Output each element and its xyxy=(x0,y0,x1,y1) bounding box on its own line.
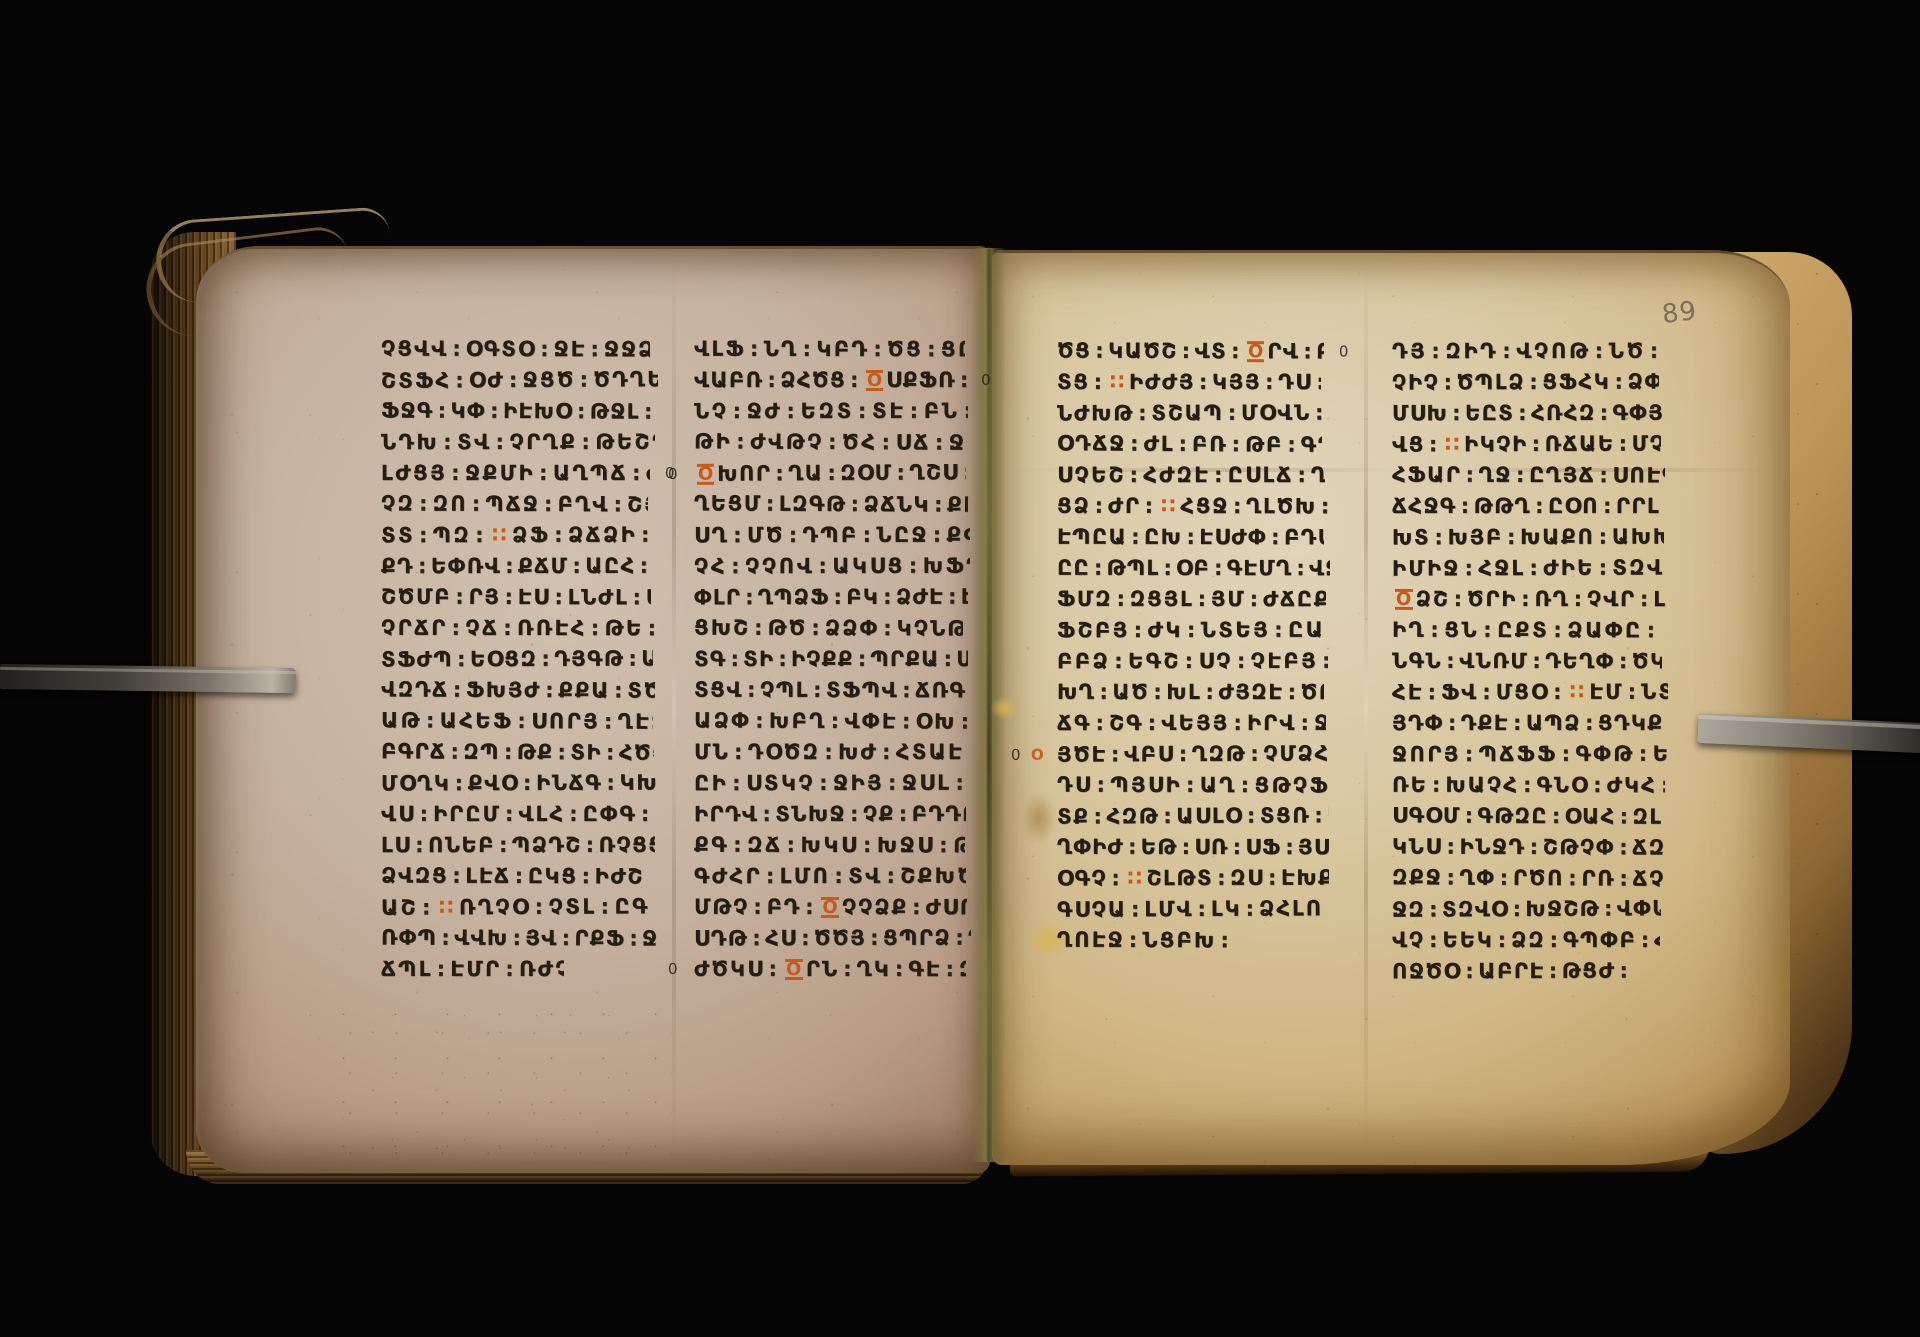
glyph-run: ԶՌ xyxy=(959,958,966,981)
glyph-run: ԶՈ xyxy=(433,492,468,515)
word-separator: : xyxy=(939,834,950,858)
glyph-run: ԲԴ xyxy=(767,896,802,919)
word-separator: : xyxy=(934,493,944,517)
glyph-run: ՎՓԷ xyxy=(844,709,898,733)
glyph-run: ԽԺ xyxy=(838,741,878,764)
word-separator: : xyxy=(1640,588,1650,611)
glyph-run: ԾՑ xyxy=(1057,340,1091,363)
word-separator: : xyxy=(1553,681,1564,704)
glyph-run: ԱՁՓ xyxy=(694,709,751,732)
word-separator: : xyxy=(1619,432,1629,455)
word-separator: : xyxy=(1111,742,1121,766)
manuscript-text-line: ՅԴՓ:ԴՔԷ:ԱՊՁ:ՑԴԿՔ:ՁԱՄ:ԲԸԼ:ՇՖԲ:ԼՌՍԵ:ԾՂԴ: xyxy=(1392,712,1663,734)
word-separator: : xyxy=(888,772,899,795)
glyph-run: ԻՐԸՄ xyxy=(433,803,501,826)
word-separator: : xyxy=(850,492,860,516)
word-separator: : xyxy=(1568,866,1578,890)
manuscript-text-line: ՄՍԽ:ԵԸՏ:ՀՌՀԶ:ԳՓՅՌ:ԶԼ:ԲԳՇ:ՇՏՃՌ:ՓՄԿ:ԶԽ: xyxy=(1392,402,1665,425)
manuscript-text-line: ԲԳՐՃ:ԶՊ:ԹՔ:ՏԻ:ՀԾՑ:ՖՁՀ:ԲԻ:ԶԹԴԶ:ՏԱ: xyxy=(381,740,654,764)
word-separator: : xyxy=(801,927,811,951)
glyph-run: ՕԳՉ xyxy=(1057,867,1107,891)
glyph-run: ՌՉՑՑ xyxy=(599,834,656,857)
manuscript-text-line: ՑՁ:ԺՐ:∷ՀՑՋ:ՂԼԾԽ:ՎՁԷ:ՅԼ:ԷՈ:ՌԲԴՑ:ՄՄՏ: xyxy=(1057,495,1329,518)
manuscript-text-line: ՋԶ:ՏԶՎՕ:ԽՋՇԹ:ՎՓԱՕ:ՔՔՆ:ԽՎՂՍ:ՂՇԷ:ՇԻՂՄ:ՂԵ: xyxy=(1392,897,1661,921)
glyph-run: ԱՍԼՕ xyxy=(1176,804,1243,828)
word-separator: : xyxy=(873,338,884,361)
glyph-run: ԽՈՐ xyxy=(717,461,771,485)
glyph-run: ԹԻ xyxy=(694,430,732,453)
word-separator: : xyxy=(1217,867,1227,890)
glyph-line-fill: ՇՏՖՀ:ՕԺ:ՋՑԾ:ԾԴՂԵ:ՌՔ:ԺԼՔԳ:ՃԳԺԷ:ՉՐՏ:ՅՇ: xyxy=(381,368,658,393)
text-column-4: ԴՅ:ԶԻԴ:ՎՉՈԹ:ՆԾ:ԱՔԿ:ԻՖԴՄ:ՄԹ:ՂԹ:ՃԳԲԺ:ՉԻՉ:Ծ… xyxy=(1392,340,1668,1006)
word-separator: : xyxy=(419,492,430,515)
manuscript-text-line: ՏՏ:ՊԶ:∷ՁՖ:ՁՃՁԻ:ՔԷ:ՋՍ:ԸԸ:ԻՎ:ԸՓԷ: xyxy=(381,524,648,547)
glyph-line-fill: ՕՁՇ:ԾՐԻ:ՌՂ:ՉՎՐ:ԼԿՎ:ԹԶ:ԱՅ:ԵՇ:ՁԺՈ: xyxy=(1392,588,1668,611)
word-separator: : xyxy=(1518,402,1528,425)
glyph-run: ՏՎ xyxy=(848,865,882,888)
manuscript-text-line: ՏՔ:ՀԶԹ:ԱՍԼՕ:ՏՑՌ:ԵՀՃԹ:ԾՀՂ:ՓՏ:ՄԻՏ:ՉՋԻ: xyxy=(1057,804,1329,827)
word-separator: : xyxy=(824,741,835,764)
glyph-run: ԱԸՀ xyxy=(585,555,635,578)
manuscript-text-line: ՉՀ:ՉՉՈՎ:ԱԿՍՑ:ԽՖԴՕ:ՎՊԱՏ:ԹԶՇԼ:ՁՕՍ:ՌՁՕՖ:ՔԺԸ… xyxy=(694,555,970,578)
manuscript-text-line: ՁՎԶՑ:ԼԷՃ:ԸԿՑ:ԻԺՇ:ՐՏ:ԺԶՏ:ՇԼԺ:ՎԼ:ԸՑ: xyxy=(381,864,649,887)
word-separator: : xyxy=(1448,712,1458,735)
manuscript-text-line: ԴՍ:ՊՅՍԻ:ԱՂ:ՑԹՉՖ:ԲԿ:ԹԼ:ՂՕ:ՖԲ:ՇՃԲ: xyxy=(1057,774,1330,797)
word-separator: : xyxy=(828,430,839,454)
glyph-run: ՌԵ xyxy=(1392,774,1428,797)
glyph-run: ԸՍԼՃ xyxy=(1228,464,1294,487)
glyph-run: ԽՅԲ xyxy=(1448,526,1503,550)
word-separator: : xyxy=(1595,340,1606,363)
word-separator: : xyxy=(505,803,516,826)
word-separator: : xyxy=(899,803,909,826)
glyph-run: ԱՀԵՖ xyxy=(440,709,514,733)
glyph-line-fill: ԲԳՐՃ:ԶՊ:ԹՔ:ՏԻ:ՀԾՑ:ՖՁՀ:ԲԻ:ԶԹԴԶ:ՏԱ: xyxy=(381,740,654,765)
word-separator: : xyxy=(648,617,657,640)
word-separator: : xyxy=(1138,402,1148,425)
glyph-run: ՅԴՓ xyxy=(1392,712,1444,735)
word-separator: : xyxy=(1574,588,1584,611)
word-separator: : xyxy=(419,524,430,548)
word-separator: : xyxy=(1093,804,1103,828)
glyph-run: ԴՊԲ xyxy=(802,524,858,547)
glyph-run: ՋԻՅ xyxy=(833,772,884,795)
manuscript-text-line: ՎՑ:∷ԻԿՉԻ:ՌՃԱԵ:ՄՉԲ:ԴՉ:ՔՊԾՍ:ՈԵ:ԱՎ:ԼԿԼՖ: xyxy=(1392,432,1661,455)
word-separator: : xyxy=(544,492,555,516)
glyph-line-fill: ԸԸ:ԹՊԼ:ՕԲ:ԳԷՄՂ:ՎՋՑԻ:ԴՂԷԾ:ՊԹ:ԵՊԵԺ:ՄՓՀՔ: xyxy=(1057,557,1330,580)
word-separator: : xyxy=(1562,743,1573,766)
word-separator: : xyxy=(1220,929,1227,953)
glyph-run: ՕԳՏՕ xyxy=(466,338,536,361)
word-separator: : xyxy=(1287,433,1298,457)
glyph-line-fill: ՀԷ:ՖՎ:ՄՑՕ:∷ԷՄ:ՆՏ:ՇՋՏՌ:ԴՓՑՄ:ՎՈ:ՏՖՔՆ: xyxy=(1392,681,1668,705)
glyph-run: ԲՆ xyxy=(924,400,960,423)
glyph-run: ՑԴԿՔ xyxy=(1598,712,1663,735)
glyph-run: ՑՁ xyxy=(1057,495,1091,518)
manuscript-text-line: ԴՅ:ԶԻԴ:ՎՉՈԹ:ՆԾ:ԱՔԿ:ԻՖԴՄ:ՄԹ:ՂԹ:ՃԳԲԺ: xyxy=(1392,340,1662,362)
glyph-run: ՔԴ xyxy=(381,555,414,578)
red-section-cross: ∷ xyxy=(1570,681,1587,704)
glyph-run: ՁԶ xyxy=(1511,929,1546,952)
manuscript-text-line: ՉԻՉ:ԾՊԼՁ:ՑՖՀԿ:ՁՓԲ:∷ՆԲՆ:ԲՑ:ՋՊ:ՏՅՀՊ:ՕՑՅ: xyxy=(1392,370,1659,393)
glyph-run: ԻՆՃԳ xyxy=(536,772,602,795)
glyph-line-fill: ԾՑ:ԿԱԾՇ:ՎՏ:ՕՐՎ:ԲԽ:ԶԵԶ:ԶՁԻԲ:ՆՓ:ՎՓՋՎ: xyxy=(1057,340,1324,364)
manuscript-text-line: ԸԸ:ԹՊԼ:ՕԲ:ԳԷՄՂ:ՎՋՑԻ:ԴՂԷԾ:ՊԹ:ԵՊԵԺ:ՄՓՀՔ: xyxy=(1057,557,1330,579)
glyph-run: ՁՓԲ xyxy=(1627,370,1659,393)
glyph-run: ԹԵՇՉ xyxy=(595,431,655,454)
word-separator: : xyxy=(883,586,893,609)
glyph-run: ԻԺԺՅ xyxy=(1129,371,1195,394)
manuscript-text-line: ՆՉ:ՋԺ:ԵԶՏ:ՏԷ:ԲՆ:ԺԶՁ:ՔԸ:ԸՔՖ:ԺԵԾՅ: xyxy=(694,400,968,422)
red-section-cross: ∷ xyxy=(492,524,509,547)
word-separator: : xyxy=(581,431,592,454)
glyph-run: ԶՊ xyxy=(463,740,500,764)
glyph-run: ՉՔ xyxy=(863,803,895,826)
glyph-line-fill: ՃՀՋԳ:ԹԹՂ:ԸՕՈ:ՐՐԼ:ՌՏՓ:ՃՏԴ:ՀՌՈ:ԸՓՋՊ:ԼՌ: xyxy=(1392,495,1662,518)
word-separator: : xyxy=(863,524,874,547)
word-separator: : xyxy=(1095,495,1105,518)
glyph-run: ՉՐՂՔ xyxy=(509,431,577,454)
word-separator: : xyxy=(600,895,611,918)
manuscript-text-line: ԽՏ:ԽՅԲ:ԽԱՔՈ:ԱԽԽԽ:ԻՖ:ՎԲ:ՕՌԵ:ՋՎ:ԳԼ: xyxy=(1392,526,1664,549)
glyph-line-fill: ՌՓՊ:ՎՎԽ:ՅՎ:ՐՔՖ:ՋԸՄ:ԿԵՀ:ՐԺԾՇ:ՅՇՑԺ:ԳՇՈԻ: xyxy=(381,926,659,950)
weight-strip-left xyxy=(0,664,296,693)
glyph-run: ՋՔՄԻ xyxy=(465,462,535,485)
glyph-line-fill: ԻՐԴՎ:ՏՆԽՋ:ՉՔ:ԲԴԴՌ:ՇԻԶ:ՆԸԺ:ԿՖԶ:ԴՇ:ՈԾ: xyxy=(694,803,966,826)
glyph-run: ՋԸՄ xyxy=(642,926,658,950)
manuscript-text-line: ԹԻ:ԺՎԹՉ:ԾՀ:ՍՃ:ՋՐ:ՑԿԻ:ՁԺԵՋ:ՑԹ:ՃՏ: xyxy=(694,430,963,453)
manuscript-text-line: ԱՇ:∷ՌՂՉՕ:ՉՏԼ:ԸԳԻ:ԸԿ:ՁԷՄՓ:ՁՑԽԴ:ԸՕ:ՐՀԻՇ: xyxy=(381,895,650,918)
glyph-run: ՐՔՖ xyxy=(574,926,625,950)
glyph-run: ԸՓԳ xyxy=(583,803,637,826)
word-separator: : xyxy=(496,431,507,454)
glyph-run: ՋՑԾ xyxy=(523,368,576,392)
word-separator: : xyxy=(644,400,654,424)
word-separator: : xyxy=(730,648,740,671)
word-separator: : xyxy=(545,678,555,702)
glyph-run: ԲՌ xyxy=(1192,432,1228,456)
word-separator: : xyxy=(614,678,624,702)
word-separator: : xyxy=(1429,898,1439,922)
glyph-run: ՍՉԵՇ xyxy=(1057,464,1126,487)
glyph-run: ՇԼԹՏ xyxy=(1147,867,1214,891)
word-separator: : xyxy=(1429,432,1439,456)
manuscript-text-line: ՎԶԴՃ:ՖԽՅԺ:ՔՔԱ:ՏԾԳՂ:ՇԱԷԽ:ՅՌ:ՊՆՎՎ:ՊՋՎ:ՂՏ: xyxy=(381,678,655,701)
word-separator: : xyxy=(426,709,437,732)
glyph-run: ԿՆՍ xyxy=(1392,835,1443,858)
word-separator: : xyxy=(1428,681,1439,705)
word-separator: : xyxy=(606,772,616,795)
glyph-line-fill: ՉԻՉ:ԾՊԼՁ:ՑՖՀԿ:ՁՓԲ:∷ՆԲՆ:ԲՑ:ՋՊ:ՏՅՀՊ:ՕՑՅ: xyxy=(1392,370,1659,394)
word-separator: : xyxy=(778,648,788,671)
glyph-run: ԺՃԸՔ xyxy=(1263,588,1326,611)
word-separator: : xyxy=(1647,619,1658,643)
glyph-run: ՏՑՎ xyxy=(694,679,743,702)
word-separator: : xyxy=(640,555,650,578)
word-separator: : xyxy=(1513,712,1523,735)
glyph-line-fill: ՋՈՐՅ:ՊՃՖՖ:ԳՓԹ:ԵԼՕԻ:ՔՂՔ:ՄԱԷ:ԻՆՅ:ԷԷԲԳ:ՋՍՅՑ… xyxy=(1392,743,1667,767)
glyph-run: ՄԹՉ xyxy=(694,896,749,919)
word-separator: : xyxy=(1593,774,1604,797)
word-separator: : xyxy=(1500,866,1510,890)
glyph-run: ԺԻԵ xyxy=(1543,556,1595,580)
word-separator: : xyxy=(1163,804,1173,828)
glyph-run: ՃՀՋԳ xyxy=(1392,495,1457,518)
manuscript-text-line: ԿՆՍ:ԻՆՋԴ:ՇԹՉՓ:ՃԶՄՂ:ՇԴՉԵ:ԾՖԴ:ՅԶՁ:ՁՁ:ՎՑՈՕ: xyxy=(1392,835,1665,858)
glyph-run: ՐԾՈ xyxy=(1513,866,1564,890)
glyph-line-fill: ԷՊԸԱ:ԸԽ:ԷՍԺՓ:ԲԴԱՈ:ԾՋ:ԻՃԸՏ:ԲԽ:ՏՆ:ՔՓՅԱ: xyxy=(1057,526,1324,550)
word-separator: : xyxy=(1521,588,1531,611)
word-separator: : xyxy=(1516,464,1526,487)
glyph-run: ԳՓՅՌ xyxy=(1612,402,1664,425)
glyph-run: ՏՔ xyxy=(1057,805,1090,829)
glyph-run: ԸԱԺԲ xyxy=(1288,619,1321,642)
word-separator: : xyxy=(1431,340,1442,363)
glyph-run: ՎՆՌՄ xyxy=(1459,650,1528,673)
glyph-run: ԵՕՑԶ xyxy=(470,648,537,672)
glyph-run: ԸԽ xyxy=(1144,526,1182,549)
glyph-run: ԱՂ xyxy=(1200,774,1237,798)
glyph-run: ՎԼՖ xyxy=(694,338,746,361)
glyph-run: ՅԾԷ xyxy=(1057,742,1107,766)
glyph-run: ԳՍՉԱ xyxy=(1057,897,1127,921)
glyph-line-fill: ՄՆ:ԴՕԾԶ:ԽԺ:ՀՏԱԷ:ԵՕԾՁ:ԹՔԸՁ:ՑՆՁ:ՁՋ:ԲՋ: xyxy=(694,741,963,764)
glyph-line-fill: ՏՑՎ:ՉՊԼ:ՏՖՊՎ:ՃՌԳ:∷ՖՉ:ՃՅ:ՄՑԸԾ:ՉՓԺ:ՃՌՔԽ: xyxy=(694,679,967,703)
manuscript-text-line: ՃԳ:ՇԳ:ՎԵՅՅ:ԻՐՎ:ՋՊՊ:ՖՅՔ:ԹԳ:ՅԻՅ:ԼՏՐԸ: xyxy=(1057,712,1326,734)
glyph-line-fill: ՑՁ:ԺՐ:∷ՀՑՋ:ՂԼԾԽ:ՎՁԷ:ՅԼ:ԷՈ:ՌԲԴՑ:ՄՄՏ: xyxy=(1057,495,1329,519)
glyph-line-fill: ԳՍՉԱ:ԼՄՎ:ԼԿ:ՁՀԼՈ:ՋԲ:ԴԼ:ԿԼ:ԶԽ:ԳԼԱ: xyxy=(1057,897,1324,921)
glyph-run: ՋԺ xyxy=(747,400,783,423)
glyph-line-fill: ՏՔ:ՀԶԹ:ԱՍԼՕ:ՏՑՌ:ԵՀՃԹ:ԾՀՂ:ՓՏ:ՄԻՏ:ՉՋԻ: xyxy=(1057,804,1329,828)
word-separator: : xyxy=(632,586,642,610)
word-separator: : xyxy=(1128,836,1138,859)
glyph-run: ՃՌԳ xyxy=(915,679,966,703)
glyph-run: ՄՉԲ xyxy=(1632,432,1662,455)
glyph-run: ՑԸԸՋ xyxy=(941,338,966,362)
glyph-run: ԵԹ xyxy=(1141,836,1178,859)
glyph-run: ԷՄ xyxy=(1589,681,1623,704)
manuscript-text-line: ԻՂ:ՑՆ:ԸՔՏ:ՁԱՓԸ:ՅԺ:ՄԷԶՖ:ՏԹՎՇ:ԽՎԽՂ:ԾԾՉ: xyxy=(1392,619,1658,642)
word-separator: : xyxy=(1231,340,1241,364)
glyph-line-fill: ՄՕՂԿ:ՔՎՕ:ԻՆՃԳ:ԿԽ:ՔՌԼՕ:ՄՀ:ՌԲՈ:ՆՔՔ:ԷՈ: xyxy=(381,772,658,796)
word-separator: : xyxy=(572,555,582,578)
glyph-run: ԾԾՅ xyxy=(814,927,866,950)
red-numeral-mark: Օ xyxy=(821,897,839,918)
manuscript-text-line: ՉՑՎՎ:ՕԳՏՕ:ՋԷ:ՋՋՁ:ՇՋ:ՕՂԹՊ:ԸՕ:ՌԴՏ:ՈՃՐԻ: xyxy=(381,338,650,361)
glyph-line-fill: ՆԺԽԹ:ՏՇԱՊ:ՄՕՎՆ:ԼՅԱ:ՍԹ:ԳԵՈՐ:ԷԿՋՕ:ՀՎԷ:ՂՏՇ: xyxy=(1057,402,1326,426)
word-separator: : xyxy=(1186,774,1197,797)
word-separator: : xyxy=(1314,804,1324,827)
word-separator: : xyxy=(580,368,591,391)
glyph-run: ՍՈԷԳ xyxy=(1612,464,1664,488)
word-separator: : xyxy=(910,400,921,423)
glyph-run: ԳԺՀՐ xyxy=(694,865,762,888)
glyph-run: ԳՓԹ xyxy=(1575,743,1634,766)
glyph-run: ԽԼ xyxy=(1166,681,1201,704)
glyph-run: ԻՉՔՔ xyxy=(791,648,854,671)
glyph-run: ՍՔՖՌ xyxy=(886,369,956,392)
glyph-run: ԳՊՓԲ xyxy=(1563,929,1637,952)
glyph-run: ԱԲՐԷ xyxy=(1478,960,1545,984)
glyph-run: ՎՉ xyxy=(1392,929,1425,952)
word-separator: : xyxy=(1241,774,1252,798)
manuscript-text-line: ՈՋԾՕ:ԱԲՐԷ:ԹՑԺ:∷ԹՓԹԲ:ԴՆ:ՄՁԳՊ:ՉԱՈ:ԸԸ:ՄՏ: xyxy=(1392,960,1629,983)
glyph-line-fill: ՂՈԷՋ:ՆՑԲԽ:∷=∷ՆՌ:ՃԸԻՓ:ՍԷՎ:ՂԲ:ԿՉՆ:ՍԳՃՀ:ՔՃԳ… xyxy=(1057,929,1227,953)
glyph-run: ՕԲ xyxy=(1176,557,1210,580)
glyph-run: ՌՃԱԵ xyxy=(1545,432,1615,455)
glyph-run: ԺԿ xyxy=(1148,619,1183,642)
glyph-run: ԸԳԻ xyxy=(614,895,650,918)
glyph-run: ՑԽՇ xyxy=(694,617,750,640)
glyph-run: ԸՔՏ xyxy=(1497,619,1549,642)
glyph-run: ՌԺՉ xyxy=(519,958,565,981)
word-separator: : xyxy=(1111,867,1121,891)
word-separator: : xyxy=(1268,867,1278,890)
glyph-run: ԶՃ xyxy=(747,834,782,857)
glyph-run: ՋՊՊ xyxy=(1314,712,1326,735)
manuscript-text-line: ՎԱԲՌ:ՁՀԾՑ:ՕՍՔՖՌ:ԻՌՎՔ:ՀՅ:ԽԹՃՖ:ԾԾԳ:ԸՍԲ:ԼԴԲ… xyxy=(694,369,967,391)
glyph-line-fill: ՉՀ:ՉՉՈՎ:ԱԿՍՑ:ԽՖԴՕ:ՎՊԱՏ:ԹԶՇԼ:ՁՕՍ:ՌՁՕՖ:ՔԺԸ… xyxy=(694,555,970,579)
glyph-run: ԽՋՇԹ xyxy=(1525,897,1600,921)
word-separator: : xyxy=(499,834,509,857)
red-section-cross: ∷ xyxy=(1161,495,1177,518)
red-section-cross: ∷ xyxy=(439,895,456,919)
word-separator: : xyxy=(1535,495,1545,518)
glyph-run: ՍՃ xyxy=(895,430,930,454)
manuscript-text-line: ՏՖԺՊ:ԵՕՑԶ:ԴՅԳԹ:ԱՋ:∷=∷ԾՏ:ՂՖ:ՌՋԸ:ԵԴՁՉ:ՄԴԶՎ… xyxy=(381,648,653,671)
word-separator: : xyxy=(1296,557,1306,580)
glyph-run: ՖԽՅԺ xyxy=(466,678,541,702)
glyph-run: ՇՔԽԾ xyxy=(900,865,965,888)
glyph-run: ԶԻԴ xyxy=(1445,340,1498,363)
glyph-run: ՇԹՉՓ xyxy=(1543,835,1615,859)
word-separator: : xyxy=(1246,897,1257,920)
glyph-run: ԷՄՐ xyxy=(450,958,501,981)
word-separator: : xyxy=(1530,835,1540,859)
glyph-run: ՐՎ xyxy=(1267,340,1299,364)
glyph-line-fill: ԼՍ:ՈՆԵԲ:ՊՁԴՇ:ՌՉՑՑ:ԷՁՉ:ՓՇՉ:ՊՂԳԷ:ՋԼՂ:ՆՂ: xyxy=(381,834,655,857)
glyph-run: ԾԴՂԵ xyxy=(593,368,658,391)
glyph-run: ՀՑՋ xyxy=(1180,495,1229,518)
glyph-run: ՊՃՖՖ xyxy=(1479,743,1558,766)
word-separator: : xyxy=(632,462,643,485)
glyph-run: ԻՂ xyxy=(1392,619,1426,642)
glyph-run: ՂՈԷՋ xyxy=(1057,929,1125,952)
red-section-cross: ∷ xyxy=(1127,867,1143,891)
word-separator: : xyxy=(863,834,874,857)
glyph-line-fill: ՁՎԶՑ:ԼԷՃ:ԸԿՑ:ԻԺՇ:ՐՏ:ԺԶՏ:ՇԼԺ:ՎԼ:ԸՑ: xyxy=(381,864,649,888)
glyph-line-fill: ՆԳՆ:ՎՆՌՄ:ԴԵՂՓ:ԾԿՋՋ:ԻՍՄՏ:ՀԽ:ՀՇԵ:ԿԲՁԻ:ԾՓՊԿ… xyxy=(1392,650,1663,673)
manuscript-text-line: ԼԺՑՅ:ՋՔՄԻ:ԱՂՊՃ:ԺԹՑԶ:ԽՎՃՃ:ՈՆՎ:ՑԸ:ԷՎՃ:ԵՏՇՁ… xyxy=(381,462,650,484)
glyph-run: ԱՊՁ xyxy=(1526,712,1581,735)
word-separator: : xyxy=(1661,774,1665,798)
margin-zero-mark: 0 xyxy=(981,371,991,389)
glyph-run: ՁՀԾՑ xyxy=(780,369,846,392)
glyph-run: ՎՉՈԹ xyxy=(1516,340,1590,363)
word-separator: : xyxy=(1650,340,1661,363)
glyph-run: ԵՀՃԹ xyxy=(1327,804,1329,827)
margin-zero-mark: 0 xyxy=(668,465,678,483)
word-separator: : xyxy=(1550,929,1560,952)
manuscript-text-line: ՕԽՈՐ:ՂԱ:ԶՕՄ:ՂՇՍ:ԱՀ:ՐԳ:ՏՈՂՂ:ՅԺ:ԽՈ:0 xyxy=(694,461,966,485)
glyph-run: ԳՆՕ xyxy=(1536,774,1589,797)
glyph-run: ՂԶԹ xyxy=(1192,742,1247,766)
glyph-run: ՖՋԳ xyxy=(381,399,434,422)
word-separator: : xyxy=(948,586,958,609)
manuscript-text-line: ՇՏՖՀ:ՕԺ:ՋՑԾ:ԾԴՂԵ:ՌՔ:ԺԼՔԳ:ՃԳԺԷ:ՉՐՏ:ՅՇ: xyxy=(381,368,658,392)
glyph-run: ԺՎԹՉ xyxy=(750,430,824,454)
glyph-run: ՌՂՉՕ xyxy=(459,895,531,919)
word-separator: : xyxy=(1129,929,1140,952)
word-separator: : xyxy=(1198,588,1208,611)
glyph-run: ՉՏԼ xyxy=(548,895,596,919)
word-separator: : xyxy=(818,555,829,578)
glyph-line-fill: ՏՑ:∷ԻԺԺՅ:ԿՅՅ:ԴՍ:ՔՌԲ:ՊՀ:ՈՅԲՓ:ՖԷՎ:ՄԵ: xyxy=(1057,371,1321,394)
word-separator: : xyxy=(902,679,912,703)
glyph-run: ԿԲԴ xyxy=(816,338,869,361)
glyph-run: ՐՆ xyxy=(806,958,839,981)
glyph-run: ԷՊԸԱ xyxy=(1057,526,1127,549)
glyph-run: ՆՏԵՅ xyxy=(1201,619,1270,642)
glyph-run: ԼԺՑՅ xyxy=(381,462,447,485)
word-separator: : xyxy=(960,369,967,392)
word-separator: : xyxy=(963,461,966,484)
glyph-run: ՉՃ xyxy=(465,617,499,640)
glyph-run: ԵԼՕԻ xyxy=(1653,743,1668,766)
word-separator: : xyxy=(833,586,843,609)
glyph-line-fill: ԻՂ:ՑՆ:ԸՔՏ:ՁԱՓԸ:ՅԺ:ՄԷԶՖ:ՏԹՎՇ:ԽՎԽՂ:ԾԾՉ: xyxy=(1392,619,1658,643)
glyph-run: ԻԿՉԻ xyxy=(1464,432,1528,456)
word-separator: : xyxy=(787,834,798,857)
glyph-run: ԽՏ xyxy=(1392,526,1430,550)
word-separator: : xyxy=(1145,495,1155,518)
glyph-line-fill: ՏԳ:ՏԻ:ԻՉՔՔ:ՊՐՔԱ:ՄՇ:ՀՏՊ:ԽՓ:ԲՖՈ:ՏԲԱ: xyxy=(694,648,968,671)
glyph-run: ՋՈՐՅ xyxy=(1392,743,1461,767)
manuscript-text-line: ՕՁՇ:ԾՐԻ:ՌՂ:ՉՎՐ:ԼԿՎ:ԹԶ:ԱՅ:ԵՇ:ՁԺՈ: xyxy=(1392,588,1668,610)
glyph-line-fill: ԼԺՑՅ:ՋՔՄԻ:ԱՂՊՃ:ԺԹՑԶ:ԽՎՃՃ:ՈՆՎ:ՑԸ:ԷՎՃ:ԵՏՇՁ… xyxy=(381,462,650,485)
margin-zero-mark: 0 xyxy=(1011,746,1021,764)
glyph-run: ՇԳ xyxy=(1109,712,1144,735)
word-separator: : xyxy=(850,803,860,826)
word-separator: : xyxy=(1322,650,1328,673)
glyph-line-fill: ՄԹՉ:ԲԴ:ՕՉՉՁՔ:ԺՍՈՕ:ԳԶ:ԳՀ:ՉԽ:ՏՆԺԼ:ՋՏ: xyxy=(694,896,967,919)
glyph-run: ՂԵՑՄ xyxy=(694,492,762,515)
glyph-line-fill: ԱՇ:∷ՌՂՉՕ:ՉՏԼ:ԸԳԻ:ԸԿ:ՁԷՄՓ:ՁՑԽԴ:ԸՕ:ՐՀԻՇ: xyxy=(381,895,650,919)
red-section-cross: ∷ xyxy=(1110,371,1126,394)
glyph-run: ՕԱՀ xyxy=(1565,804,1616,828)
word-separator: : xyxy=(1641,929,1651,952)
glyph-run: ԳԷՄՂ xyxy=(1227,557,1293,580)
word-separator: : xyxy=(1303,340,1313,364)
glyph-run: ՆԾ xyxy=(1609,340,1646,363)
glyph-run: ՁՀԼՈ xyxy=(1259,897,1323,920)
glyph-run: ՃԳ xyxy=(1057,712,1092,735)
glyph-line-fill: ԿՆՍ:ԻՆՋԴ:ՇԹՉՓ:ՃԶՄՂ:ՇԴՉԵ:ԾՖԴ:ՅԶՁ:ՁՁ:ՎՑՈՕ: xyxy=(1392,835,1665,859)
glyph-run: ՉԶ xyxy=(381,492,415,515)
glyph-run: ՕԺ xyxy=(469,368,505,392)
glyph-run: ՕԽ xyxy=(916,709,957,733)
word-separator: : xyxy=(909,555,920,578)
word-separator: : xyxy=(539,462,550,485)
word-separator: : xyxy=(1483,619,1494,642)
glyph-run: ԵՓ xyxy=(646,586,652,610)
glyph-run: ԶՕՄ xyxy=(840,461,892,485)
glyph-run: ՊՐՔԱ xyxy=(870,648,939,671)
manuscript-text-line: ՃՀՋԳ:ԹԹՂ:ԸՕՈ:ՐՐԼ:ՌՏՓ:ՃՏԴ:ՀՌՈ:ԸՓՋՊ:ԼՌ: xyxy=(1392,495,1662,517)
word-separator: : xyxy=(881,430,892,454)
glyph-line-fill: ՎՑ:∷ԻԿՉԻ:ՌՃԱԵ:ՄՉԲ:ԴՉ:ՔՊԾՍ:ՈԵ:ԱՎ:ԼԿԼՖ: xyxy=(1392,432,1661,456)
word-separator: : xyxy=(517,709,528,733)
